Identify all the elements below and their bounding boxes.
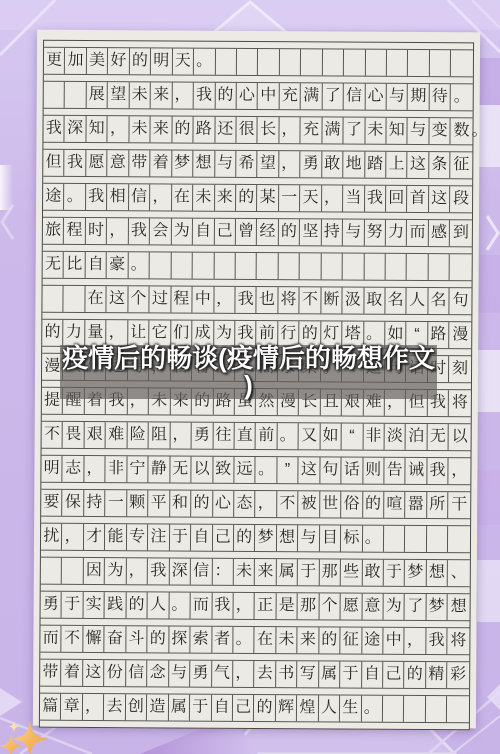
grid-row: 而不懈奋斗的探索者。在未来的征途中，我将 xyxy=(40,626,469,656)
grid-cell: 书 xyxy=(276,661,298,687)
grid-cell: 了 xyxy=(405,594,427,620)
grid-cell: 未 xyxy=(129,82,151,108)
grid-cell: 生 xyxy=(340,696,362,722)
grid-cell xyxy=(214,253,236,279)
grid-cell: 要 xyxy=(41,490,63,516)
grid-cell: ， xyxy=(449,458,471,484)
grid-cell: 的 xyxy=(405,662,427,688)
grid-cell xyxy=(300,253,322,279)
grid-cell: 属 xyxy=(169,694,191,720)
grid-cell xyxy=(405,526,427,552)
grid-cell: 望 xyxy=(258,151,280,177)
grid-cell: 我 xyxy=(212,593,234,619)
grid-cell: 但 xyxy=(43,150,65,176)
grid-row: 我深知，未来的路还很长，充满了未知与变数。 xyxy=(43,116,472,146)
grid-cell: 感 xyxy=(429,220,451,246)
grid-cell: 些 xyxy=(341,560,363,586)
grid-row: 不畏艰难险阻，勇往直前。又如“非淡泊无以 xyxy=(42,422,471,452)
grid-cell: 这 xyxy=(299,457,321,483)
grid-cell: 梦 xyxy=(255,525,277,551)
grid-cell: 因 xyxy=(84,558,106,584)
grid-cell: 精 xyxy=(426,662,448,688)
grid-cell: 干 xyxy=(448,492,470,518)
grid-cell: 名 xyxy=(385,288,407,314)
grid-cell: ： xyxy=(212,559,234,585)
grid-cell: 辉 xyxy=(276,695,298,721)
grid-cell: 充 xyxy=(301,117,323,143)
grid-cell: 上 xyxy=(386,152,408,178)
grid-cell: ， xyxy=(150,184,172,210)
grid-cell: 来 xyxy=(151,116,173,142)
grid-cell: 的 xyxy=(215,83,237,109)
grid-cell: 人 xyxy=(148,592,170,618)
grid-cell: 来 xyxy=(215,185,237,211)
grid-cell: 正 xyxy=(255,593,277,619)
grid-cell: 信 xyxy=(126,660,148,686)
grid-cell: 中 xyxy=(258,83,280,109)
grid-row: 展望未来，我的心中充满了信心与期待。 xyxy=(44,82,473,112)
grid-cell: ， xyxy=(107,218,129,244)
grid-cell: 直 xyxy=(235,423,257,449)
grid-cell: 踏 xyxy=(365,152,387,178)
grid-cell xyxy=(44,82,66,108)
article-page: { "page": { "background_lavender": "#cdb… xyxy=(0,0,500,754)
grid-cell: 个 xyxy=(128,286,150,312)
grid-cell: 又 xyxy=(299,423,321,449)
grid-cell: ， xyxy=(108,116,130,142)
grid-cell xyxy=(450,254,472,280)
grid-cell: 希 xyxy=(236,151,258,177)
grid-cell: ” xyxy=(277,457,299,483)
grid-cell: 践 xyxy=(105,592,127,618)
grid-cell: ， xyxy=(62,524,84,550)
grid-cell: 自 xyxy=(85,252,107,278)
grid-cell xyxy=(383,696,405,722)
grid-cell: 想 xyxy=(448,594,470,620)
grid-cell: 满 xyxy=(301,83,323,109)
grid-cell: ， xyxy=(279,117,301,143)
left-chevron-icon xyxy=(2,205,13,239)
right-diamond xyxy=(487,684,500,710)
grid-cell: 我 xyxy=(427,458,449,484)
grid-cell: 我 xyxy=(43,116,65,142)
grid-cell: 愿 xyxy=(341,594,363,620)
grid-cell: 专 xyxy=(127,524,149,550)
grid-cell: ， xyxy=(84,456,106,482)
grid-cell: 嚣 xyxy=(406,492,428,518)
grid-cell: 满 xyxy=(322,117,344,143)
grid-cell: 深 xyxy=(169,558,191,584)
grid-row: 明志，非宁静无以致远。”这句话则告诫我， xyxy=(41,456,470,486)
grid-cell: 造 xyxy=(147,694,169,720)
grid-cell: 以 xyxy=(449,424,471,450)
grid-cell: 世 xyxy=(320,491,342,517)
grid-cell: 好 xyxy=(108,48,130,74)
grid-cell xyxy=(427,526,449,552)
grid-cell: 程 xyxy=(171,286,193,312)
grid-cell: 我 xyxy=(148,558,170,584)
grid-cell xyxy=(65,82,87,108)
grid-cell: 煌 xyxy=(297,695,319,721)
grid-row: 要保持一颗平和的心态，不被世俗的喧嚣所干 xyxy=(41,490,470,520)
grid-cell: 相 xyxy=(107,184,129,210)
grid-cell: 一 xyxy=(279,185,301,211)
grid-cell: 我 xyxy=(235,287,257,313)
grid-cell: 而 xyxy=(407,220,429,246)
grid-cell: 信 xyxy=(191,559,213,585)
grid-cell xyxy=(407,254,429,280)
grid-cell: 天 xyxy=(300,185,322,211)
grid-cell: 深 xyxy=(65,116,87,142)
grid-cell: 在 xyxy=(85,286,107,312)
overflow-char: 。 xyxy=(471,118,487,143)
grid-cell xyxy=(386,254,408,280)
grid-cell: 信 xyxy=(129,184,151,210)
right-chevron-icon xyxy=(487,216,498,250)
grid-cell: 份 xyxy=(104,660,126,686)
grid-cell: 与 xyxy=(387,84,409,110)
grid-cell: 勇 xyxy=(300,151,322,177)
grid-cell: 会 xyxy=(150,218,172,244)
grid-cell xyxy=(236,253,258,279)
grid-cell: 彩 xyxy=(447,662,469,688)
grid-cell xyxy=(387,50,409,76)
grid-cell: 者 xyxy=(212,627,234,653)
grid-cell: 实 xyxy=(83,592,105,618)
grid-cell: 自 xyxy=(362,662,384,688)
grid-cell: 这 xyxy=(408,152,430,178)
grid-cell: 知 xyxy=(386,118,408,144)
grid-cell: 标 xyxy=(341,526,363,552)
grid-cell: 人 xyxy=(407,288,429,314)
grid-cell: 为 xyxy=(171,218,193,244)
grid-cell xyxy=(171,252,193,278)
grid-cell: 知 xyxy=(86,116,108,142)
grid-cell: ， xyxy=(214,287,236,313)
grid-cell: 到 xyxy=(450,220,472,246)
grid-cell: 己 xyxy=(212,525,234,551)
grid-cell: ， xyxy=(279,151,301,177)
grid-cell: 属 xyxy=(319,661,341,687)
grid-cell: 来 xyxy=(298,627,320,653)
grid-cell: 路 xyxy=(194,117,216,143)
grid-cell: 探 xyxy=(169,626,191,652)
grid-cell: 。 xyxy=(256,457,278,483)
grid-cell: 愿 xyxy=(86,150,108,176)
grid-cell: 未 xyxy=(276,627,298,653)
article-title: 疫情后的畅谈(疫情后的畅想作文 xyxy=(62,345,435,372)
grid-cell: 是 xyxy=(276,593,298,619)
grid-cell: 。 xyxy=(64,184,86,210)
grid-cell: 的 xyxy=(191,491,213,517)
grid-cell: 这 xyxy=(429,186,451,212)
grid-cell: 与 xyxy=(408,118,430,144)
grid-cell xyxy=(42,286,64,312)
grid-cell: 。 xyxy=(233,627,255,653)
grid-cell xyxy=(193,253,215,279)
grid-cell: 带 xyxy=(40,660,62,686)
grid-cell: 段 xyxy=(450,186,472,212)
grid-cell: 途 xyxy=(362,628,384,654)
title-overlay-band: 疫情后的畅谈(疫情后的畅想作文 ) xyxy=(60,345,437,399)
grid-cell: 无 xyxy=(427,424,449,450)
grid-cell: 刻 xyxy=(449,356,471,382)
grid-cell: “ xyxy=(342,424,364,450)
grid-cell: 梦 xyxy=(405,560,427,586)
grid-cell: 、 xyxy=(448,560,470,586)
grid-cell: 和 xyxy=(170,490,192,516)
grid-cell: 充 xyxy=(279,83,301,109)
grid-cell: 在 xyxy=(255,627,277,653)
grid-cell: 想 xyxy=(277,525,299,551)
grid-cell: 能 xyxy=(105,524,127,550)
grid-cell: 那 xyxy=(298,593,320,619)
grid-cell xyxy=(428,254,450,280)
grid-cell: 的 xyxy=(279,219,301,245)
grid-cell: 。 xyxy=(363,526,385,552)
grid-cell: 敢 xyxy=(362,560,384,586)
grid-cell: 敢 xyxy=(322,151,344,177)
grid-cell: 的 xyxy=(236,185,258,211)
grid-cell: 想 xyxy=(193,151,215,177)
grid-cell: 自 xyxy=(211,695,233,721)
grid-cell: 于 xyxy=(298,559,320,585)
grid-cell: 诫 xyxy=(406,458,428,484)
grid-cell: 非 xyxy=(363,424,385,450)
grid-cell: 来 xyxy=(255,559,277,585)
grid-cell: 去 xyxy=(254,661,276,687)
grid-cell: 梦 xyxy=(426,594,448,620)
grid-cell: 念 xyxy=(147,660,169,686)
article-title-close-paren: ) xyxy=(244,372,253,399)
grid-cell: 致 xyxy=(213,457,235,483)
grid-cell: 在 xyxy=(172,184,194,210)
grid-cell: 而 xyxy=(40,626,62,652)
grid-cell: 。 xyxy=(128,252,150,278)
grid-cell: 意 xyxy=(108,150,130,176)
grid-cell: 。 xyxy=(169,592,191,618)
grid-cell: 被 xyxy=(298,491,320,517)
grid-cell: 不 xyxy=(277,491,299,517)
grid-cell: 。 xyxy=(361,696,383,722)
grid-cell: 而 xyxy=(191,593,213,619)
grid-cell: ， xyxy=(405,628,427,654)
grid-cell: 俗 xyxy=(341,492,363,518)
grid-cell: 个 xyxy=(319,593,341,619)
grid-cell: 这 xyxy=(107,286,129,312)
grid-cell xyxy=(343,254,365,280)
grid-cell xyxy=(257,253,279,279)
grid-row: 因为，我深信：未来属于那些敢于梦想、 xyxy=(41,558,470,588)
grid-cell: ， xyxy=(256,491,278,517)
grid-cell: 豪 xyxy=(107,252,129,278)
grid-cell: 将 xyxy=(449,390,471,416)
grid-cell: 告 xyxy=(384,458,406,484)
grid-cell: 气 xyxy=(212,661,234,687)
grid-cell: 与 xyxy=(343,220,365,246)
grid-cell: 畏 xyxy=(63,422,85,448)
grid-cell: 句 xyxy=(450,288,472,314)
left-highlight xyxy=(0,165,13,210)
grid-cell: 来 xyxy=(151,82,173,108)
grid-cell xyxy=(278,253,300,279)
grid-cell: 不 xyxy=(42,422,64,448)
grid-cell: 心 xyxy=(213,491,235,517)
grid-cell: 的 xyxy=(254,695,276,721)
grid-cell: 未 xyxy=(129,116,151,142)
grid-cell: 勇 xyxy=(192,423,214,449)
grid-cell xyxy=(323,49,345,75)
grid-cell: 变 xyxy=(429,118,451,144)
grid-row: 在这个过程中，我也将不断汲取名人名句 xyxy=(42,286,471,316)
grid-cell: 保 xyxy=(63,490,85,516)
grid-cell: 回 xyxy=(386,186,408,212)
grid-cell xyxy=(258,49,280,75)
grid-cell: 心 xyxy=(365,84,387,110)
grid-cell: 于 xyxy=(384,560,406,586)
grid-cell: 于 xyxy=(62,592,84,618)
grid-cell: 望 xyxy=(108,82,130,108)
grid-cell: 着 xyxy=(62,660,84,686)
grid-cell xyxy=(448,526,470,552)
grid-cell: 无 xyxy=(43,252,65,278)
grid-row: 但我愿意带着梦想与希望，勇敢地踏上这条征 xyxy=(43,150,472,180)
grid-cell: 艰 xyxy=(84,422,106,448)
grid-cell: 程 xyxy=(64,218,86,244)
grid-cell: 以 xyxy=(191,457,213,483)
grid-cell: 带 xyxy=(129,150,151,176)
left-diamond xyxy=(0,688,22,716)
grid-cell: 期 xyxy=(408,84,430,110)
grid-cell: 喧 xyxy=(384,492,406,518)
grid-cell: 己 xyxy=(214,219,236,245)
grid-cell: ， xyxy=(83,694,105,720)
grid-cell xyxy=(321,253,343,279)
grid-cell: 创 xyxy=(126,694,148,720)
grid-cell: 信 xyxy=(344,84,366,110)
grid-cell: 目 xyxy=(320,525,342,551)
grid-cell: 展 xyxy=(87,82,109,108)
grid-cell xyxy=(404,696,426,722)
grid-cell: 才 xyxy=(84,524,106,550)
grid-cell: 条 xyxy=(429,152,451,178)
grid-cell: 力 xyxy=(386,220,408,246)
grid-cell: 扰 xyxy=(41,524,63,550)
grid-cell: 名 xyxy=(428,288,450,314)
grid-cell: 征 xyxy=(340,628,362,654)
grid-cell: 奋 xyxy=(105,626,127,652)
grid-cell: 阻 xyxy=(149,422,171,448)
grid-cell: 不 xyxy=(62,626,84,652)
grid-cell: 天 xyxy=(172,48,194,74)
grid-cell: 漫 xyxy=(450,322,472,348)
grid-cell: 为 xyxy=(105,558,127,584)
grid-cell: 中 xyxy=(192,287,214,313)
grid-cell: 自 xyxy=(193,219,215,245)
grid-cell: 注 xyxy=(148,524,170,550)
grid-cell: 持 xyxy=(84,490,106,516)
grid-row: 扰，才能专注于自己的梦想与目标。 xyxy=(41,524,470,554)
grid-cell: 待 xyxy=(430,84,452,110)
grid-cell: ， xyxy=(172,82,194,108)
grid-cell: 不 xyxy=(300,287,322,313)
grid-cell: 人 xyxy=(319,695,341,721)
grid-cell: 未 xyxy=(193,185,215,211)
grid-cell: 我 xyxy=(65,150,87,176)
grid-cell: 经 xyxy=(257,219,279,245)
grid-cell: 章 xyxy=(61,694,83,720)
grid-cell: 时 xyxy=(86,218,108,244)
grid-cell xyxy=(215,49,237,75)
grid-cell: 于 xyxy=(190,695,212,721)
grid-cell xyxy=(430,50,452,76)
grid-cell: 。 xyxy=(194,49,216,75)
grid-cell: 。 xyxy=(451,84,473,110)
grid-cell: 为 xyxy=(384,594,406,620)
grid-cell: 话 xyxy=(341,458,363,484)
grid-cell: 心 xyxy=(237,83,259,109)
grid-cell: 将 xyxy=(278,287,300,313)
grid-cell: 未 xyxy=(365,118,387,144)
grid-cell: 的 xyxy=(148,626,170,652)
grid-row: 带着这份信念与勇气，去书写属于自己的精彩 xyxy=(40,660,469,690)
grid-cell: 了 xyxy=(322,83,344,109)
grid-cell xyxy=(301,49,323,75)
grid-cell: 勇 xyxy=(41,592,63,618)
grid-row: 勇于实践的人。而我，正是那个愿意为了梦想 xyxy=(41,592,470,622)
grid-cell: 险 xyxy=(127,422,149,448)
grid-cell: ， xyxy=(322,185,344,211)
grid-cell: ， xyxy=(233,593,255,619)
grid-cell: 长 xyxy=(258,117,280,143)
grid-cell: 无 xyxy=(170,456,192,482)
grid-row: 旅程时，我会为自己曾经的坚持与努力而感到 xyxy=(43,218,472,248)
grid-cell: 明 xyxy=(151,48,173,74)
grid-cell xyxy=(64,286,86,312)
grid-cell: 往 xyxy=(213,423,235,449)
grid-cell: 我 xyxy=(365,186,387,212)
grid-row: 途。我相信，在未来的某一天，当我回首这段 xyxy=(43,184,472,214)
grid-cell: 我 xyxy=(129,218,151,244)
grid-cell: 己 xyxy=(233,695,255,721)
grid-cell xyxy=(280,49,302,75)
grid-cell xyxy=(408,50,430,76)
grid-cell: 梦 xyxy=(172,150,194,176)
grid-cell: 的 xyxy=(130,48,152,74)
grid-cell: 当 xyxy=(343,186,365,212)
grid-cell: 过 xyxy=(150,286,172,312)
grid-cell: 所 xyxy=(427,492,449,518)
grid-cell: 中 xyxy=(383,628,405,654)
grid-cell xyxy=(344,50,366,76)
grid-cell: 首 xyxy=(407,186,429,212)
grid-cell: 我 xyxy=(86,184,108,210)
grid-cell: 努 xyxy=(364,220,386,246)
grid-cell: 如 xyxy=(320,423,342,449)
grid-cell xyxy=(451,50,473,76)
grid-cell: 己 xyxy=(383,662,405,688)
grid-cell: 很 xyxy=(236,117,258,143)
grid-cell: 一 xyxy=(105,490,127,516)
grid-cell: 明 xyxy=(41,456,63,482)
grid-cell: 比 xyxy=(64,252,86,278)
grid-cell: 难 xyxy=(106,422,128,448)
grid-cell: 于 xyxy=(340,662,362,688)
grid-cell: 的 xyxy=(319,627,341,653)
grid-cell: 颗 xyxy=(127,490,149,516)
grid-cell: 断 xyxy=(321,287,343,313)
grid-cell: 持 xyxy=(322,219,344,245)
